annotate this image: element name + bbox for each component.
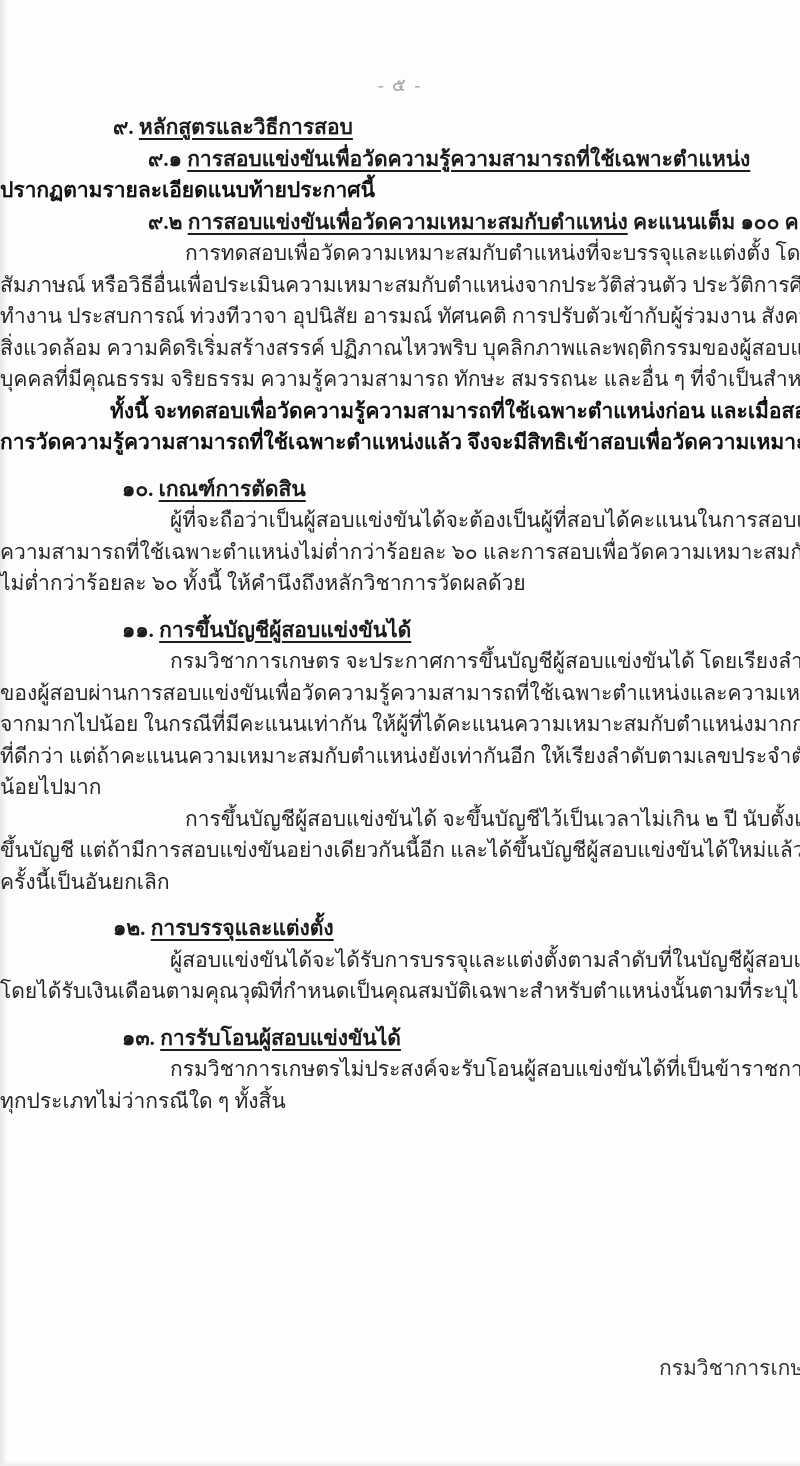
text-segment: ๙.๑ — [148, 147, 187, 171]
underlined-heading-text: เกณฑ์การตัดสิน — [159, 477, 306, 501]
text-segment: ความสามารถที่ใช้เฉพาะตำแหน่งไม่ต่ำกว่าร้… — [0, 540, 800, 564]
section-9-2-body-line: สัมภาษณ์ หรือวิธีอื่นเพื่อประเมินความเหม… — [0, 270, 800, 302]
scan-edge-shading-bottom — [0, 1461, 800, 1466]
section-9-heading: ๙. หลักสูตรและวิธีการสอบ — [0, 112, 800, 144]
text-segment: ขึ้นบัญชี แต่ถ้ามีการสอบแข่งขันอย่างเดีย… — [0, 838, 800, 862]
text-segment: ๑๓. — [122, 1026, 160, 1050]
text-segment: สิ่งแวดล้อม ความคิดริเริ่มสร้างสรรค์ ปฏิ… — [0, 336, 800, 360]
text-segment: สัมภาษณ์ หรือวิธีอื่นเพื่อประเมินความเหม… — [0, 273, 800, 297]
text-segment: การวัดความรู้ความสามารถที่ใช้เฉพาะตำแหน่… — [0, 430, 800, 454]
section-11-body-line: การขึ้นบัญชีผู้สอบแข่งขันได้ จะขึ้นบัญชี… — [0, 804, 800, 836]
text-segment: การขึ้นบัญชีผู้สอบแข่งขันได้ จะขึ้นบัญชี… — [185, 807, 800, 831]
section-9-2-body-line: การทดสอบเพื่อวัดความเหมาะสมกับตำแหน่งที่… — [0, 238, 800, 270]
section-13-body-line: ทุกประเภทไม่ว่ากรณีใด ๆ ทั้งสิ้น — [0, 1086, 800, 1118]
section-9-note-line: การวัดความรู้ความสามารถที่ใช้เฉพาะตำแหน่… — [0, 427, 800, 459]
text-segment: โดยได้รับเงินเดือนตามคุณวุฒิที่กำหนดเป็น… — [0, 979, 800, 1003]
text-segment: ครั้งนี้เป็นอันยกเลิก — [0, 870, 170, 894]
section-11-body-line: ขึ้นบัญชี แต่ถ้ามีการสอบแข่งขันอย่างเดีย… — [0, 835, 800, 867]
text-segment: คะแนนเต็ม ๑๐๐ คะแนน — [628, 210, 800, 234]
text-segment: น้อยไปมาก — [0, 775, 102, 799]
text-segment: ๑๑. — [122, 618, 159, 642]
section-11-body-line: จากมากไปน้อย ในกรณีที่มีคะแนนเท่ากัน ให้… — [0, 709, 800, 741]
section-12-body-line: โดยได้รับเงินเดือนตามคุณวุฒิที่กำหนดเป็น… — [0, 976, 800, 1008]
section-9-2-body-line: ทำงาน ประสบการณ์ ท่วงทีวาจา อุปนิสัย อาร… — [0, 301, 800, 333]
underlined-heading-text: การรับโอนผู้สอบแข่งขันได้ — [160, 1026, 401, 1050]
section-11-body-line: กรมวิชาการเกษตร จะประกาศการขึ้นบัญชีผู้ส… — [0, 646, 800, 678]
text-segment: ที่ดีกว่า แต่ถ้าคะแนนความเหมาะสมกับตำแหน… — [0, 744, 800, 768]
section-12-heading: ๑๒. การบรรจุและแต่งตั้ง — [0, 913, 800, 945]
section-9-note-line: ทั้งนี้ จะทดสอบเพื่อวัดความรู้ความสามารถ… — [0, 396, 800, 428]
text-segment: ทั้งนี้ จะทดสอบเพื่อวัดความรู้ความสามารถ… — [110, 399, 800, 423]
section-10-body-line: ความสามารถที่ใช้เฉพาะตำแหน่งไม่ต่ำกว่าร้… — [0, 537, 800, 569]
section-9-2-body-line: บุคคลที่มีคุณธรรม จริยธรรม ความรู้ความสา… — [0, 364, 800, 396]
section-9-2-heading: ๙.๒ การสอบแข่งขันเพื่อวัดความเหมาะสมกับต… — [0, 207, 800, 239]
text-segment: ทำงาน ประสบการณ์ ท่วงทีวาจา อุปนิสัย อาร… — [0, 304, 800, 328]
text-segment: ผู้สอบแข่งขันได้จะได้รับการบรรจุและแต่งต… — [170, 948, 800, 972]
section-12-body-line: ผู้สอบแข่งขันได้จะได้รับการบรรจุและแต่งต… — [0, 945, 800, 977]
section-10-body-line: ผู้ที่จะถือว่าเป็นผู้สอบแข่งขันได้จะต้อง… — [0, 505, 800, 537]
underlined-heading-text: หลักสูตรและวิธีการสอบ — [139, 115, 353, 139]
text-segment: ผู้ที่จะถือว่าเป็นผู้สอบแข่งขันได้จะต้อง… — [170, 508, 800, 532]
section-11-body-line: ครั้งนี้เป็นอันยกเลิก — [0, 867, 800, 899]
section-10-heading: ๑๐. เกณฑ์การตัดสิน — [0, 474, 800, 506]
section-11-body-line: ที่ดีกว่า แต่ถ้าคะแนนความเหมาะสมกับตำแหน… — [0, 741, 800, 773]
text-segment: กรมวิชาการเกษตร จะประกาศการขึ้นบัญชีผู้ส… — [170, 649, 800, 673]
section-11-heading: ๑๑. การขึ้นบัญชีผู้สอบแข่งขันได้ — [0, 615, 800, 647]
text-segment: จากมากไปน้อย ในกรณีที่มีคะแนนเท่ากัน ให้… — [0, 712, 800, 736]
page-number: - ๕ - — [0, 70, 800, 99]
text-segment: ไม่ต่ำกว่าร้อยละ ๖๐ ทั้งนี้ ให้คำนึงถึงห… — [0, 571, 526, 595]
section-11-body-line: น้อยไปมาก — [0, 772, 800, 804]
text-segment: ๙. — [113, 115, 139, 139]
section-10-body-line: ไม่ต่ำกว่าร้อยละ ๖๐ ทั้งนี้ ให้คำนึงถึงห… — [0, 568, 800, 600]
scanned-document-page: - ๕ - ๙. หลักสูตรและวิธีการสอบ๙.๑ การสอบ… — [0, 0, 800, 1466]
section-9-2-body-line: สิ่งแวดล้อม ความคิดริเริ่มสร้างสรรค์ ปฏิ… — [0, 333, 800, 365]
text-segment: ๑๐. — [122, 477, 159, 501]
text-segment: บุคคลที่มีคุณธรรม จริยธรรม ความรู้ความสา… — [0, 367, 800, 391]
underlined-heading-text: การสอบแข่งขันเพื่อวัดความเหมาะสมกับตำแหน… — [188, 210, 628, 234]
issuer-signature: กรมวิชาการเกษตร — [659, 1352, 800, 1385]
text-segment: ๑๒. — [113, 916, 151, 940]
underlined-heading-text: การขึ้นบัญชีผู้สอบแข่งขันได้ — [159, 618, 411, 642]
section-13-heading: ๑๓. การรับโอนผู้สอบแข่งขันได้ — [0, 1023, 800, 1055]
underlined-heading-text: การบรรจุและแต่งตั้ง — [151, 916, 334, 940]
underlined-heading-text: การสอบแข่งขันเพื่อวัดความรู้ความสามารถที… — [187, 147, 750, 171]
text-segment: การทดสอบเพื่อวัดความเหมาะสมกับตำแหน่งที่… — [185, 241, 800, 265]
text-segment: กรมวิชาการเกษตรไม่ประสงค์จะรับโอนผู้สอบแ… — [170, 1057, 800, 1081]
text-segment: ๙.๒ — [148, 210, 188, 234]
section-11-body-line: ของผู้สอบผ่านการสอบแข่งขันเพื่อวัดความรู… — [0, 678, 800, 710]
text-segment: ปรากฏตามรายละเอียดแนบท้ายประกาศนี้ — [0, 178, 375, 202]
document-body: ๙. หลักสูตรและวิธีการสอบ๙.๑ การสอบแข่งขั… — [0, 112, 800, 1117]
section-13-body-line: กรมวิชาการเกษตรไม่ประสงค์จะรับโอนผู้สอบแ… — [0, 1054, 800, 1086]
text-segment: ทุกประเภทไม่ว่ากรณีใด ๆ ทั้งสิ้น — [0, 1089, 286, 1113]
text-segment: ของผู้สอบผ่านการสอบแข่งขันเพื่อวัดความรู… — [0, 681, 800, 705]
section-9-1-body: ปรากฏตามรายละเอียดแนบท้ายประกาศนี้ — [0, 175, 800, 207]
section-9-1-heading: ๙.๑ การสอบแข่งขันเพื่อวัดความรู้ความสามา… — [0, 144, 800, 176]
